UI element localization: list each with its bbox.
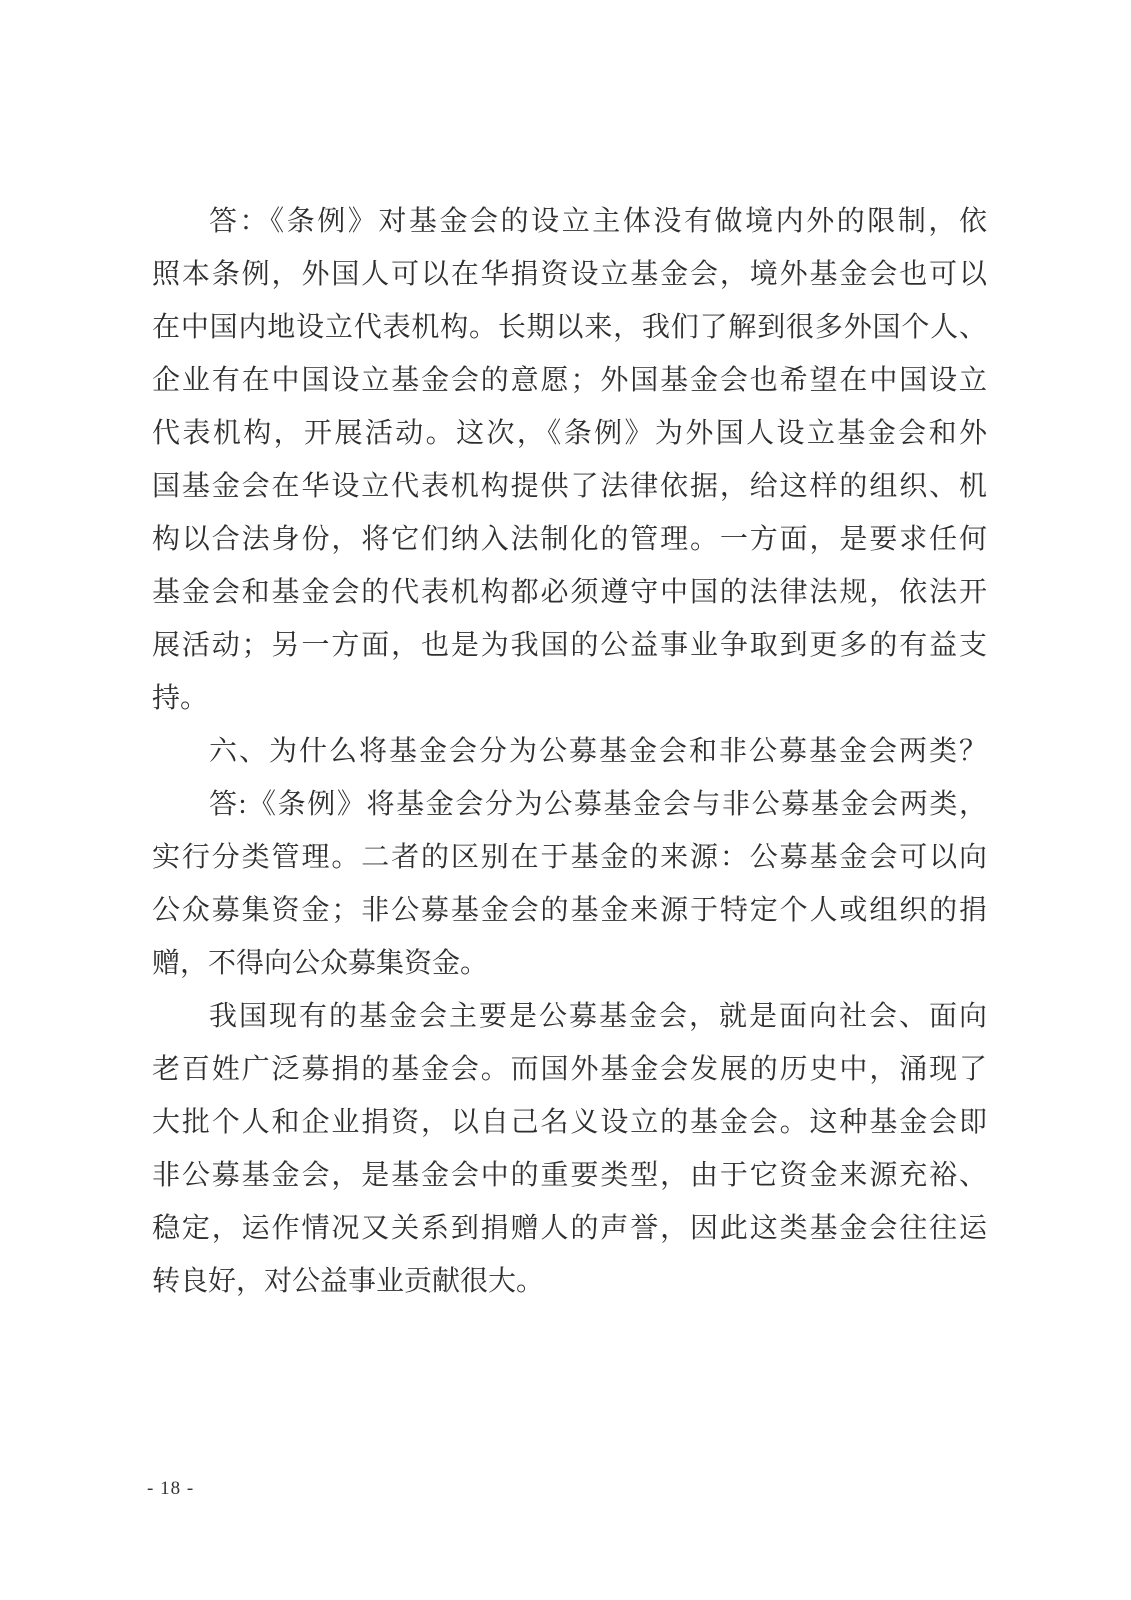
page-footer: - 18 - (147, 1477, 194, 1501)
question-heading-line: 六、为什么将基金会分为公募基金会和非公募基金会两类？ (152, 725, 987, 778)
text-line: 企业有在中国设立基金会的意愿；外国基金会也希望在中国设立 (152, 354, 987, 407)
text-line: 照本条例，外国人可以在华捐资设立基金会，境外基金会也可以 (152, 248, 987, 301)
text-line: 展活动；另一方面，也是为我国的公益事业争取到更多的有益支 (152, 619, 987, 672)
text-line: 在中国内地设立代表机构。长期以来，我们了解到很多外国个人、 (152, 301, 987, 354)
text-line: 我国现有的基金会主要是公募基金会，就是面向社会、面向 (152, 990, 987, 1043)
text-line: 赠，不得向公众募集资金。 (152, 937, 987, 990)
answer-paragraph-q5: 答：《条例》对基金会的设立主体没有做境内外的限制，依 照本条例，外国人可以在华捐… (152, 195, 987, 725)
text-line: 国基金会在华设立代表机构提供了法律依据，给这样的组织、机 (152, 460, 987, 513)
text-line: 答:《条例》将基金会分为公募基金会与非公募基金会两类， (152, 778, 987, 831)
text-line: 老百姓广泛募捐的基金会。而国外基金会发展的历史中，涌现了 (152, 1043, 987, 1096)
text-line: 构以合法身份，将它们纳入法制化的管理。一方面，是要求任何 (152, 513, 987, 566)
text-line: 公众募集资金；非公募基金会的基金来源于特定个人或组织的捐 (152, 884, 987, 937)
answer-paragraph-q6-first: 答:《条例》将基金会分为公募基金会与非公募基金会两类， 实行分类管理。二者的区别… (152, 778, 987, 990)
text-line: 转良好，对公益事业贡献很大。 (152, 1255, 987, 1308)
text-line: 持。 (152, 672, 987, 725)
question-heading-q6: 六、为什么将基金会分为公募基金会和非公募基金会两类？ (152, 725, 987, 778)
document-body: 答：《条例》对基金会的设立主体没有做境内外的限制，依 照本条例，外国人可以在华捐… (152, 195, 987, 1308)
text-line: 大批个人和企业捐资，以自己名义设立的基金会。这种基金会即 (152, 1096, 987, 1149)
answer-paragraph-q6-second: 我国现有的基金会主要是公募基金会，就是面向社会、面向 老百姓广泛募捐的基金会。而… (152, 990, 987, 1308)
text-line: 代表机构，开展活动。这次，《条例》为外国人设立基金会和外 (152, 407, 987, 460)
page-number: - 18 - (147, 1478, 194, 1499)
document-page: 答：《条例》对基金会的设立主体没有做境内外的限制，依 照本条例，外国人可以在华捐… (0, 0, 1131, 1600)
text-line: 非公募基金会，是基金会中的重要类型，由于它资金来源充裕、 (152, 1149, 987, 1202)
text-line: 基金会和基金会的代表机构都必须遵守中国的法律法规，依法开 (152, 566, 987, 619)
text-line: 稳定，运作情况又关系到捐赠人的声誉，因此这类基金会往往运 (152, 1202, 987, 1255)
text-line: 答：《条例》对基金会的设立主体没有做境内外的限制，依 (152, 195, 987, 248)
text-line: 实行分类管理。二者的区别在于基金的来源：公募基金会可以向 (152, 831, 987, 884)
